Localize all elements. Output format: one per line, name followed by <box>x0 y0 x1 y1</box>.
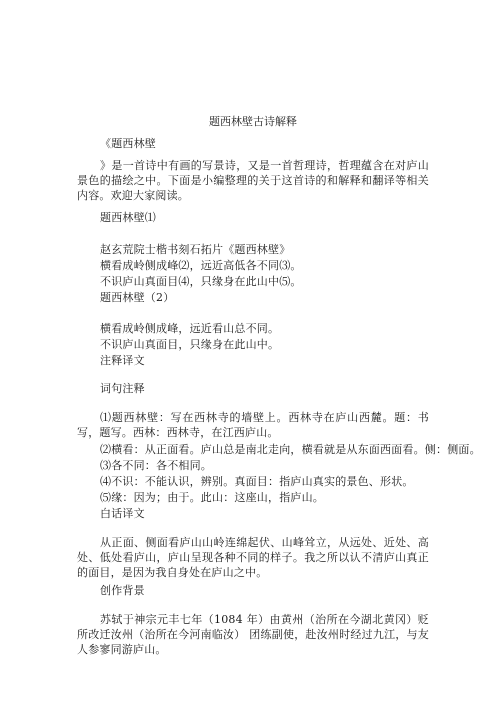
note-item: ⑶各不同：各不相同。 <box>77 458 212 473</box>
note-item: ⑴题西林壁：写在西林寺的墙壁上。西林寺在庐山西麓。题：书写，题写。西林：西林寺，… <box>77 410 429 440</box>
document-title: 题西林壁古诗解释 <box>77 114 429 129</box>
notes-heading: 注释译文 <box>77 353 145 368</box>
poem1-line: 不识庐山真面目⑷，只缘身在此山中⑸。 <box>77 274 302 289</box>
intro-paragraph: 》是一首诗中有画的写景诗，又是一首哲理诗，哲理蕴含在对庐山景色的描绘之中。下面是… <box>77 158 429 203</box>
word-notes-heading: 词句注释 <box>77 381 145 396</box>
poem1-line: 横看成岭侧成峰⑵，远近高低各不同⑶。 <box>77 258 302 273</box>
intro-open: 《题西林壁 <box>77 136 156 151</box>
poem2-line: 横看成岭侧成峰，远近看山总不同。 <box>77 321 279 336</box>
note-item: ⑷不识：不能认识，辨别。真面目：指庐山真实的景色、形状。 <box>77 474 414 489</box>
poem1-caption: 赵玄荒院士楷书刻石拓片《题西林壁》 <box>77 242 290 257</box>
poem2-heading: 题西林壁（2） <box>77 290 174 305</box>
note-item: ⑵横看：从正面看。庐山总是南北走向，横看就是从东面西面看。侧：侧面。 <box>77 442 481 457</box>
translation-paragraph: 从正面、侧面看庐山山岭连绵起伏、山峰耸立，从远处、近处、高处、低处看庐山，庐山呈… <box>77 535 429 580</box>
translation-heading: 白话译文 <box>77 506 145 521</box>
poem1-heading: 题西林壁⑴ <box>77 210 156 225</box>
note-item: ⑸缘：因为；由于。此山：这座山，指庐山。 <box>77 490 324 505</box>
background-paragraph: 苏轼于神宗元丰七年（1084 年）由黄州（治所在今湖北黄冈）贬所改迁汝州（治所在… <box>77 612 429 657</box>
background-heading: 创作背景 <box>77 583 145 598</box>
poem2-line: 不识庐山真面目，只缘身在此山中。 <box>77 337 279 352</box>
